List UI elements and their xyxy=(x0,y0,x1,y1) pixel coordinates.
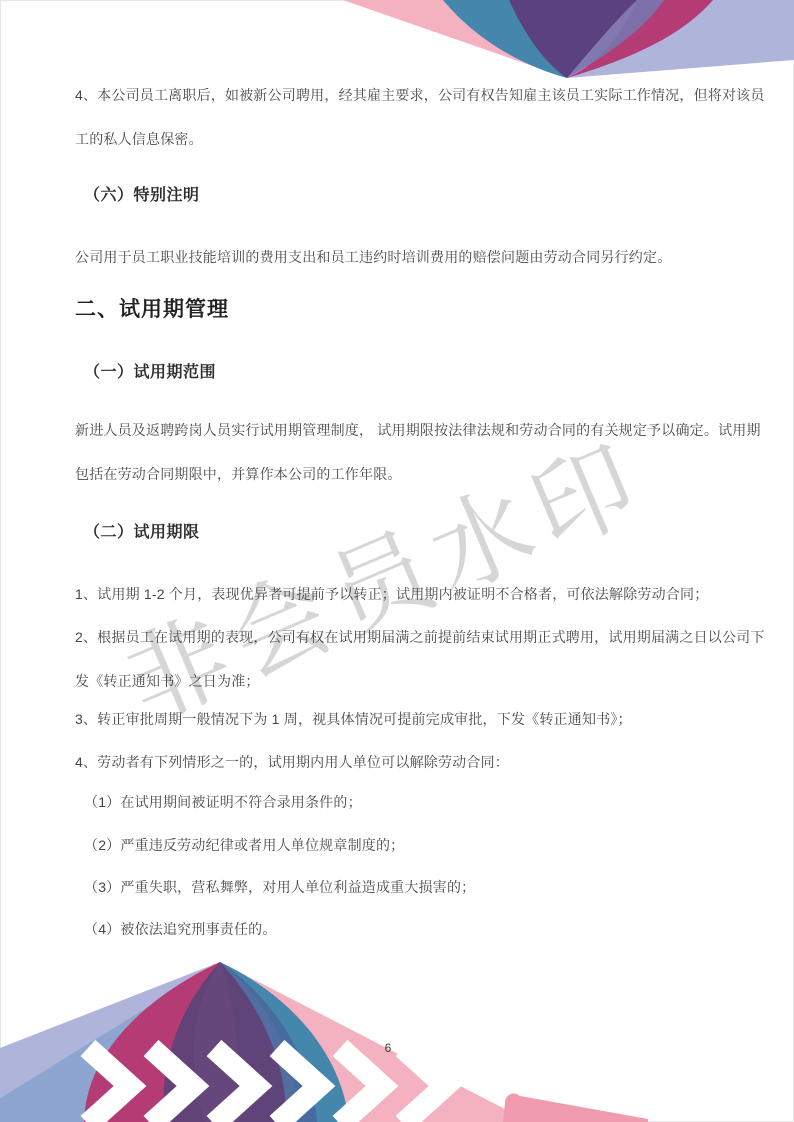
list-item-3: 3、转正审批周期一般情况下为 1 周，视具体情况可提前完成审批，下发《转正通知书… xyxy=(75,712,632,726)
para-resign-line2: 工的私人信息保密。 xyxy=(75,132,203,146)
list-item-2-line1: 2、根据员工在试用期的表现，公司有权在试用期届满之前提前结束试用期正式聘用，试用… xyxy=(75,630,765,644)
heading-term: （二）试用期限 xyxy=(84,525,200,541)
para-resign-line1: 4、本公司员工离职后，如被新公司聘用，经其雇主要求，公司有权告知雇主该员工实际工… xyxy=(75,88,765,102)
sub-item-2: （2）严重违反劳动纪律或者用人单位规章制度的； xyxy=(84,838,404,852)
para-scope-line1: 新进人员及返聘跨岗人员实行试用期管理制度， 试用期限按法律法规和劳动合同的有关规… xyxy=(75,423,761,437)
list-item-2-line2: 发《转正通知书》之日为准； xyxy=(75,674,260,688)
para-scope-line2: 包括在劳动合同期限中，并算作本公司的工作年限。 xyxy=(75,467,402,481)
page-number: 6 xyxy=(378,1041,398,1055)
sub-item-4: （4）被依法追究刑事责任的。 xyxy=(84,922,277,936)
document-page: 非会员水印 4、本公司员工离职后，如被新公司聘用，经其雇主要求，公司有权告知雇主… xyxy=(0,0,794,1122)
sub-item-3: （3）严重失职，营私舞弊，对用人单位利益造成重大损害的； xyxy=(84,880,475,894)
document-body: 4、本公司员工离职后，如被新公司聘用，经其雇主要求，公司有权告知雇主该员工实际工… xyxy=(0,0,794,1122)
chapter-title: 二、试用期管理 xyxy=(75,299,229,320)
para-training: 公司用于员工职业技能培训的费用支出和员工违约时培训费用的赔偿问题由劳动合同另行约… xyxy=(75,250,671,264)
heading-scope: （一）试用期范围 xyxy=(84,365,216,381)
heading-special-note: （六）特别注明 xyxy=(84,188,200,204)
sub-item-1: （1）在试用期间被证明不符合录用条件的； xyxy=(84,795,362,809)
list-item-1: 1、试用期 1-2 个月，表现优异者可提前予以转正；试用期内被证明不合格者，可依… xyxy=(75,587,708,601)
list-item-4: 4、劳动者有下列情形之一的，试用期内用人单位可以解除劳动合同： xyxy=(75,755,509,769)
